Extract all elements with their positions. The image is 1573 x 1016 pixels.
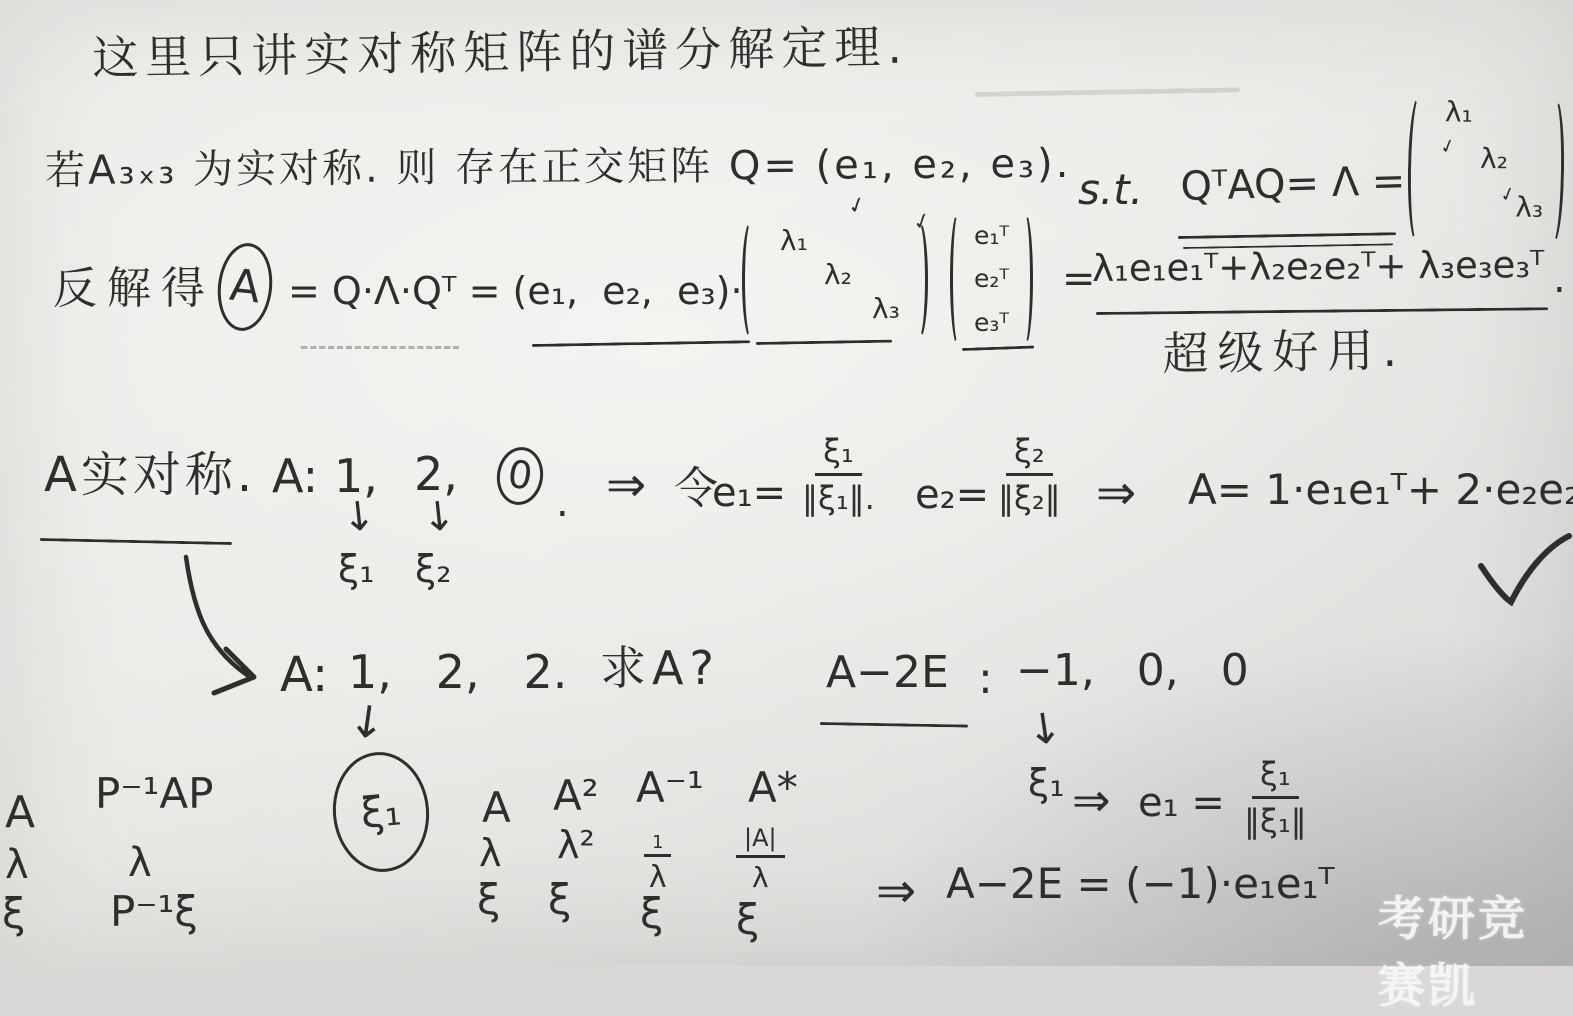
- colvec-underline: [962, 345, 1034, 351]
- period: .: [556, 482, 569, 524]
- numerator: 1: [644, 832, 671, 857]
- qtaq-relation: QᵀAQ= Λ =: [1180, 160, 1406, 208]
- denominator: ‖ξ₁‖.: [802, 476, 875, 517]
- denominator: ‖ξ₁‖: [1244, 799, 1307, 840]
- left-paren: [1407, 95, 1430, 243]
- evec-underline: [532, 340, 750, 347]
- xi2-label: ξ₂: [415, 550, 451, 590]
- implies-icon: ⇒: [1096, 468, 1136, 518]
- circled-xi1: ξ₁: [328, 748, 434, 876]
- check-icon: [1475, 532, 1573, 610]
- spectral-lead: 反解得: [53, 266, 215, 312]
- curved-arrow-icon: [168, 545, 278, 700]
- comment-super-useful: 超级好用.: [1162, 326, 1406, 379]
- shifted-matrix: A−2E: [826, 650, 949, 696]
- example1-label: A实对称.: [44, 450, 256, 500]
- xi1-fraction: ξ₁ ‖ξ₁‖.: [802, 432, 875, 517]
- lambda2: λ₂: [1480, 142, 1508, 175]
- eigenvalue-2: 2,: [414, 450, 458, 498]
- right-paren: [910, 220, 928, 340]
- table-A: A: [5, 790, 35, 836]
- xi1-label: ξ₁: [338, 550, 374, 590]
- spectral-mid: = Q·Λ·Qᵀ = (e₁, e₂, e₃)·: [288, 272, 743, 312]
- e3T: e₃ᵀ: [974, 308, 1009, 337]
- find-A-question: 求A?: [600, 644, 720, 692]
- table-xi: ξ: [736, 898, 759, 942]
- example2-result: A−2E = (−1)·e₁e₁ᵀ: [946, 862, 1335, 906]
- detA-over-lambda-fraction: |A| λ: [736, 824, 785, 894]
- one-over-lambda-fraction: 1 λ: [644, 832, 671, 895]
- table-lambda: λ: [128, 842, 152, 884]
- circled-zero: 0: [493, 444, 547, 508]
- down-arrow-icon: ↓: [420, 494, 458, 539]
- table-A-adjugate: A*: [748, 766, 798, 810]
- down-arrow-icon: ↓: [340, 494, 378, 539]
- implies-icon: ⇒: [606, 460, 646, 510]
- theorem-hypothesis: 若A₃ₓ₃ 为实对称. 则 存在正交矩阵 Q= (e₁, e₂, e₃).: [45, 143, 1071, 192]
- denominator: ‖ξ₂‖: [998, 476, 1061, 517]
- table-A-inverse: A⁻¹: [636, 766, 704, 810]
- relation-underline: [1178, 232, 1396, 239]
- example2-eigenvalues: 1, 2, 2.: [348, 648, 567, 696]
- spectral-sum: λ₁e₁e₁ᵀ+λ₂e₂e₂ᵀ+ λ₃e₃e₃ᵀ: [1092, 246, 1545, 289]
- table-xi: ξ: [640, 892, 663, 936]
- spectral-diagonal-matrix: λ₁ λ₂ λ₃: [742, 220, 928, 340]
- lambda-diagonal-matrix: λ₁ λ₂ λ₃: [1407, 95, 1566, 246]
- table-A: A: [482, 786, 511, 830]
- title-line: 这里只讲实对称矩阵的谱分解定理.: [92, 23, 909, 83]
- lambda3: λ₃: [1515, 191, 1543, 224]
- implies-icon: ⇒: [1072, 776, 1111, 824]
- example1-head: A:: [272, 452, 318, 500]
- shifted-eigenvalues: −1, 0, 0: [1016, 648, 1249, 694]
- down-arrow-icon: ↓: [1024, 705, 1065, 754]
- table-lambda-squared: λ²: [557, 826, 595, 866]
- equals-sign: =: [1062, 258, 1096, 300]
- check-icon: ✓: [845, 192, 870, 220]
- table-lambda: λ: [5, 844, 29, 886]
- lambda2: λ₂: [824, 258, 852, 291]
- lambda1: λ₁: [780, 224, 808, 257]
- diag-underline: [756, 340, 892, 345]
- table-xi: ξ: [548, 878, 571, 922]
- example2-head: A:: [280, 650, 328, 700]
- down-arrow-icon: ↓: [346, 698, 389, 749]
- table-P-inv-AP: P⁻¹AP: [95, 772, 213, 816]
- right-paren: [1543, 97, 1566, 245]
- xi1-fraction: ξ₁ ‖ξ₁‖: [1244, 755, 1307, 840]
- sum-underline: [1096, 307, 1548, 315]
- shift-underline: [820, 722, 968, 728]
- table-A-squared: A²: [553, 774, 599, 818]
- left-paren: [950, 212, 966, 346]
- table-lambda: λ: [479, 834, 502, 874]
- lambda1: λ₁: [1445, 95, 1473, 128]
- matrix-A: A: [228, 262, 263, 311]
- e1-label: e₁ =: [1138, 782, 1225, 824]
- xi2-fraction: ξ₂ ‖ξ₂‖: [998, 432, 1061, 517]
- eraser-smudge: [975, 87, 1240, 97]
- watermark: 考研竞赛凯: [1378, 882, 1573, 966]
- eigenvalue-0: 0: [505, 455, 535, 498]
- left-paren: [742, 220, 760, 340]
- circled-A: A: [214, 240, 277, 333]
- notes-page: 这里只讲实对称矩阵的谱分解定理. 若A₃ₓ₃ 为实对称. 则 存在正交矩阵 Q=…: [0, 0, 1573, 966]
- numerator: |A|: [736, 824, 785, 858]
- e2T: e₂ᵀ: [974, 264, 1009, 293]
- e2-label: e₂=: [915, 474, 989, 516]
- xi1-label: ξ₁: [359, 788, 403, 835]
- implies-icon: ⇒: [876, 866, 916, 916]
- table-xi: ξ: [2, 892, 25, 936]
- numerator: ξ₁: [1252, 755, 1299, 799]
- example1-result: A= 1·e₁e₁ᵀ+ 2·e₂e₂ᵀ: [1188, 468, 1573, 512]
- table-xi: ξ: [477, 878, 500, 922]
- dash-marks: [300, 346, 460, 349]
- e1T: e₁ᵀ: [974, 221, 1009, 250]
- colon: :: [978, 656, 993, 702]
- denominator: λ: [752, 858, 769, 894]
- eigenvector-column-matrix: e₁ᵀ e₂ᵀ e₃ᵀ: [950, 212, 1033, 346]
- table-P-inv-xi: P⁻¹ξ: [110, 890, 198, 934]
- numerator: ξ₂: [1006, 432, 1053, 476]
- xi1-label: ξ₁: [1028, 764, 1064, 804]
- right-paren: [1017, 212, 1033, 346]
- e1-label: e₁=: [712, 472, 786, 514]
- example1-underline: [40, 538, 232, 545]
- st-label: s.t.: [1078, 168, 1143, 212]
- period: .: [1553, 258, 1566, 300]
- lambda3: λ₃: [872, 292, 900, 325]
- numerator: ξ₁: [815, 432, 862, 476]
